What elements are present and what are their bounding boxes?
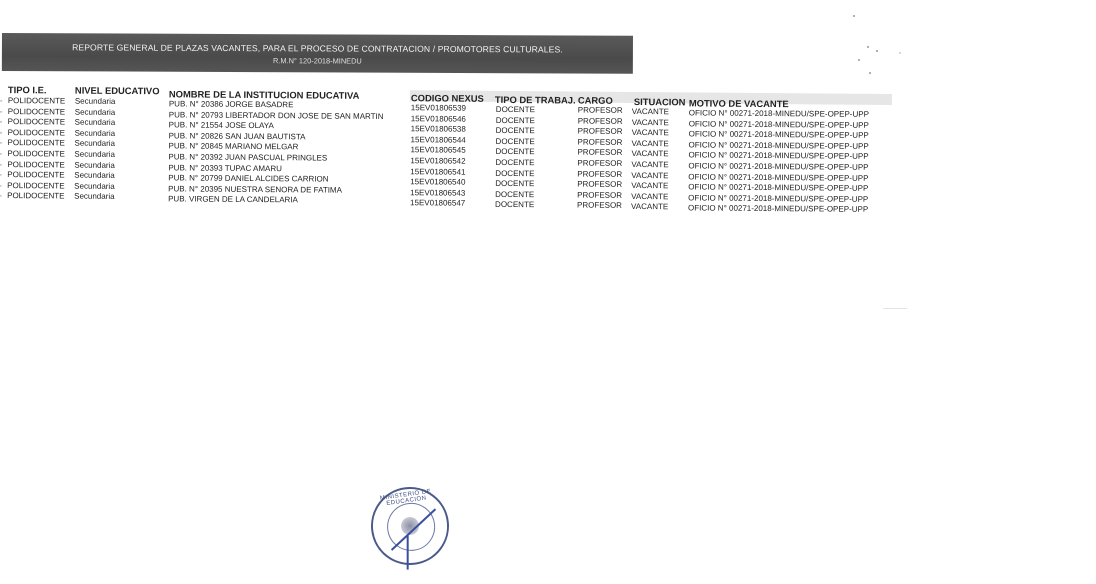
cell-motivo: OFICIO N° 00271-2018-MINEDU/SPE-OPEP-UPP bbox=[688, 204, 868, 214]
cell-tipo: POLIDOCENTE bbox=[7, 191, 64, 200]
cell-codigo: 15EV01806547 bbox=[410, 199, 465, 208]
cell-nivel: Secundaria bbox=[74, 171, 115, 180]
cell-nivel: Secundaria bbox=[74, 160, 115, 169]
report-title: REPORTE GENERAL DE PLAZAS VACANTES, PARA… bbox=[2, 42, 633, 55]
cell-nivel: Secundaria bbox=[74, 181, 115, 190]
cell-nivel: Secundaria bbox=[74, 139, 115, 148]
row-marker: - bbox=[0, 96, 3, 105]
scan-speck bbox=[858, 59, 860, 61]
scan-speck bbox=[869, 72, 871, 74]
scan-speck bbox=[899, 52, 901, 54]
row-marker: - bbox=[0, 149, 2, 158]
row-marker: - bbox=[0, 128, 2, 137]
header-nivel: NIVEL EDUCATIVO bbox=[75, 85, 160, 97]
cell-tipo-trabajador: DOCENTE bbox=[495, 200, 534, 209]
cell-nivel: Secundaria bbox=[74, 192, 115, 201]
scan-speck bbox=[876, 50, 878, 52]
signature-stroke bbox=[407, 536, 409, 570]
cell-tipo: POLIDOCENTE bbox=[8, 117, 65, 126]
cell-nivel: Secundaria bbox=[75, 107, 116, 116]
cell-tipo: POLIDOCENTE bbox=[8, 107, 65, 116]
scan-speck bbox=[853, 15, 855, 17]
header-tipo: TIPO I.E. bbox=[8, 84, 47, 95]
cell-situacion: VACANTE bbox=[631, 202, 668, 211]
report-title-banner: REPORTE GENERAL DE PLAZAS VACANTES, PARA… bbox=[2, 33, 633, 74]
cell-nivel: Secundaria bbox=[74, 150, 115, 159]
scan-speck bbox=[867, 46, 869, 48]
vacancies-table: TIPO I.E. NIVEL EDUCATIVO NOMBRE DE LA I… bbox=[0, 84, 900, 91]
row-marker: - bbox=[0, 107, 2, 116]
cell-tipo: POLIDOCENTE bbox=[8, 96, 65, 105]
cell-nivel: Secundaria bbox=[75, 118, 116, 127]
cell-nivel: Secundaria bbox=[75, 97, 116, 106]
cell-nombre: PUB. VIRGEN DE LA CANDELARIA bbox=[168, 195, 298, 205]
row-marker: - bbox=[0, 138, 2, 147]
row-marker: - bbox=[0, 181, 2, 190]
cell-tipo: POLIDOCENTE bbox=[8, 128, 65, 137]
cell-tipo: POLIDOCENTE bbox=[7, 160, 64, 169]
scan-artifact bbox=[883, 308, 907, 309]
official-seal-icon: MINISTERIO DE EDUCACION bbox=[366, 482, 454, 570]
row-marker: - bbox=[0, 191, 2, 200]
row-marker: - bbox=[0, 160, 2, 169]
report-resolution: R.M.N° 120-2018-MINEDU bbox=[2, 55, 633, 67]
row-marker: - bbox=[0, 170, 2, 179]
cell-tipo: POLIDOCENTE bbox=[7, 170, 64, 179]
cell-tipo: POLIDOCENTE bbox=[8, 138, 65, 147]
cell-tipo: POLIDOCENTE bbox=[7, 181, 64, 190]
cell-tipo: POLIDOCENTE bbox=[7, 149, 64, 158]
cell-nivel: Secundaria bbox=[75, 128, 116, 137]
row-marker: - bbox=[0, 117, 2, 126]
cell-cargo: PROFESOR bbox=[577, 201, 629, 210]
